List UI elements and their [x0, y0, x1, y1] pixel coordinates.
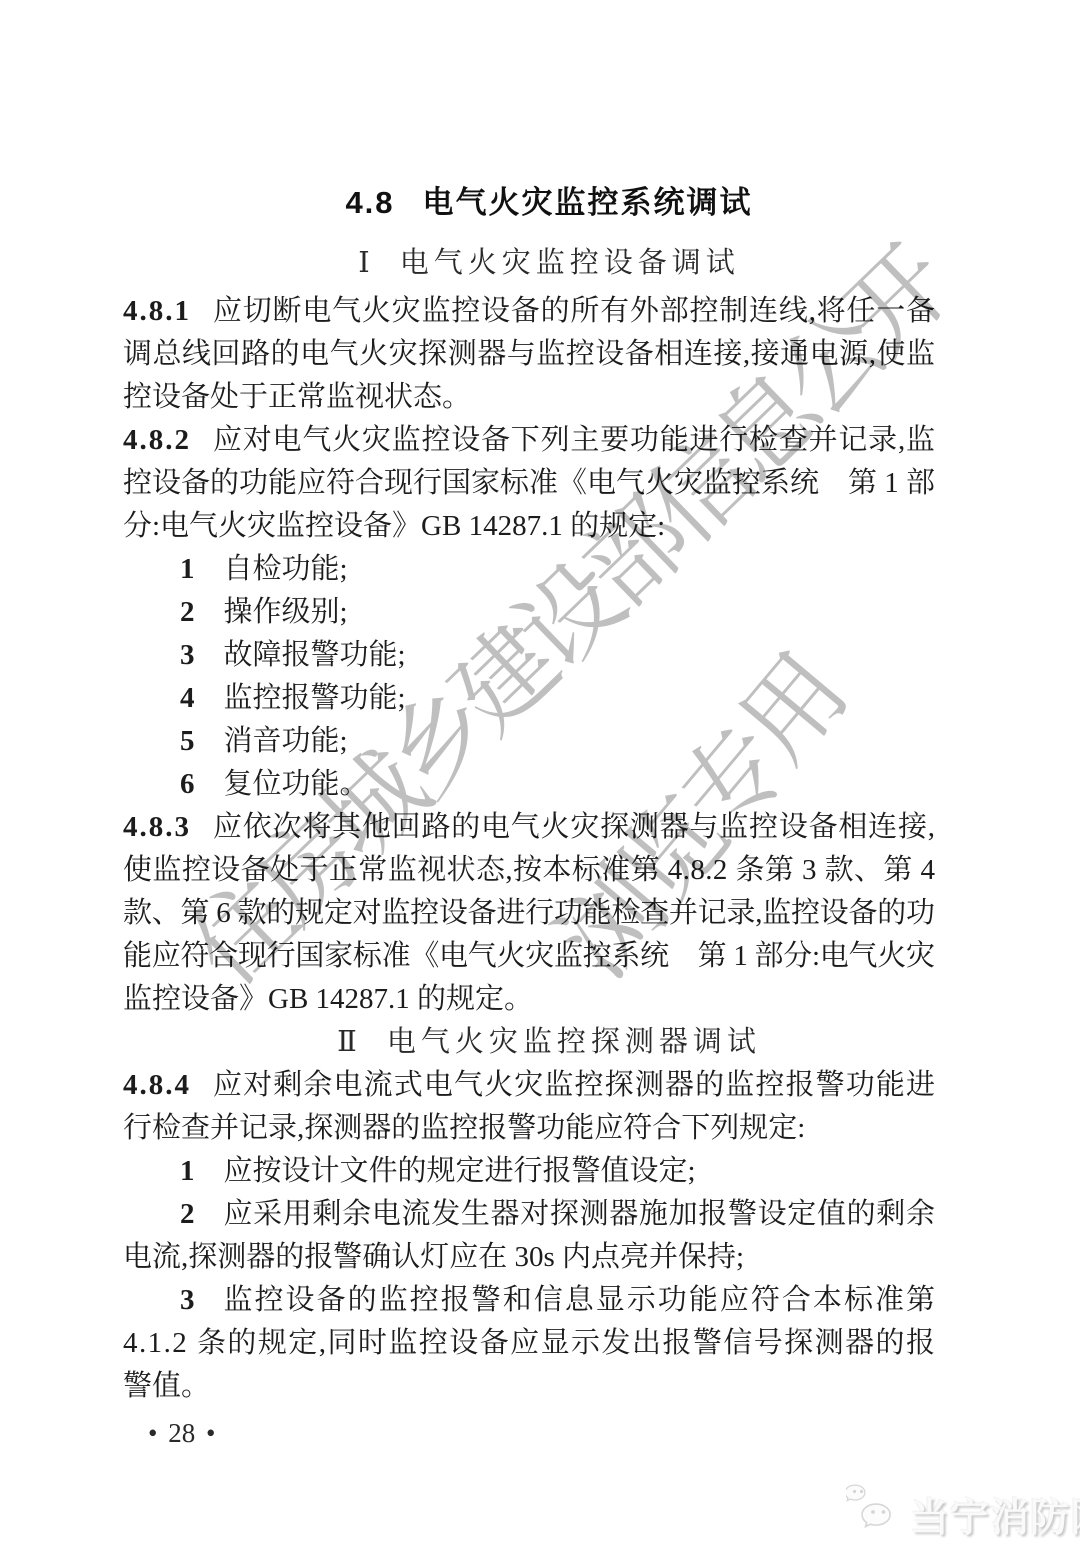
line-text: 应按设计文件的规定进行报警值设定; — [224, 1155, 696, 1187]
clause-line: 调总线回路的电气火灾探测器与监控设备相连接,接通电源,使监 — [123, 333, 935, 376]
clause-line: 4.8.3应依次将其他回路的电气火灾探测器与监控设备相连接, — [123, 806, 935, 849]
line-text: 电流,探测器的报警确认灯应在 30s 内点亮并保持; — [123, 1241, 744, 1273]
clause-line: 款、第 6 款的规定对监控设备进行功能检查并记录,监控设备的功 — [123, 892, 935, 935]
list-item-number: 3 — [180, 639, 197, 671]
clause-number: 4.8.4 — [123, 1069, 191, 1101]
subsection-heading-text: 电气火灾监控设备调试 — [400, 247, 740, 279]
clause-number: 4.8.1 — [123, 295, 191, 327]
list-item-number: 3 — [180, 1284, 197, 1316]
line-text: 操作级别; — [224, 596, 348, 628]
line-text: 行检查并记录,探测器的监控报警功能应符合下列规定: — [123, 1112, 805, 1144]
document-page: 4.8电气火灾监控系统调试Ⅰ电气火灾监控设备调试4.8.1应切断电气火灾监控设备… — [0, 0, 1080, 1566]
list-item-number: 2 — [180, 1198, 197, 1230]
section-title: 4.8电气火灾监控系统调试 — [123, 185, 935, 221]
line-text: 故障报警功能; — [224, 639, 406, 671]
clause-line: 监控设备》GB 14287.1 的规定。 — [123, 978, 935, 1021]
list-item-line: 电流,探测器的报警确认灯应在 30s 内点亮并保持; — [123, 1236, 935, 1279]
list-item-line: 4.1.2 条的规定,同时监控设备应显示发出报警信号探测器的报 — [123, 1322, 935, 1365]
list-item-number: 1 — [180, 553, 197, 585]
line-text: 分:电气火灾监控设备》GB 14287.1 的规定: — [123, 510, 665, 542]
chat-bubbles-icon — [846, 1484, 904, 1545]
list-item-line: 6复位功能。 — [123, 763, 935, 806]
clause-line: 控设备处于正常监视状态。 — [123, 376, 935, 419]
line-text: 调总线回路的电气火灾探测器与监控设备相连接,接通电源,使监 — [123, 338, 935, 370]
line-text: 使监控设备处于正常监视状态,按本标准第 4.8.2 条第 3 款、第 4 — [123, 854, 935, 886]
line-text: 款、第 6 款的规定对监控设备进行功能检查并记录,监控设备的功 — [123, 897, 935, 929]
line-text: 复位功能。 — [224, 768, 369, 800]
clause-line: 4.8.4应对剩余电流式电气火灾监控探测器的监控报警功能进 — [123, 1064, 935, 1107]
clause-number: 4.8.3 — [123, 811, 191, 843]
site-logo: 当宁消防网 — [846, 1484, 1080, 1545]
line-text: 应采用剩余电流发生器对探测器施加报警设定值的剩余 — [224, 1198, 936, 1230]
line-text: 应对电气火灾监控设备下列主要功能进行检查并记录,监 — [213, 424, 935, 456]
list-item-number: 6 — [180, 768, 197, 800]
line-text: 应对剩余电流式电气火灾监控探测器的监控报警功能进 — [213, 1069, 935, 1101]
list-item-number: 5 — [180, 725, 197, 757]
list-item-line: 4监控报警功能; — [123, 677, 935, 720]
list-item-number: 1 — [180, 1155, 197, 1187]
line-text: 应切断电气火灾监控设备的所有外部控制连线,将任一备 — [213, 295, 935, 327]
clause-line: 分:电气火灾监控设备》GB 14287.1 的规定: — [123, 505, 935, 548]
line-text: 4.1.2 条的规定,同时监控设备应显示发出报警信号探测器的报 — [123, 1327, 935, 1359]
clause-number: 4.8.2 — [123, 424, 191, 456]
line-text: 监控报警功能; — [224, 682, 406, 714]
line-text: 能应符合现行国家标准《电气火灾监控系统 第 1 部分:电气火灾 — [123, 940, 935, 972]
subsection-heading-text: 电气火灾监控探测器调试 — [387, 1026, 761, 1058]
line-text: 监控设备》GB 14287.1 的规定。 — [123, 983, 533, 1015]
line-text: 应依次将其他回路的电气火灾探测器与监控设备相连接, — [213, 811, 935, 843]
list-item-line: 5消音功能; — [123, 720, 935, 763]
line-text: 控设备处于正常监视状态。 — [123, 381, 471, 413]
clause-line: 能应符合现行国家标准《电气火灾监控系统 第 1 部分:电气火灾 — [123, 935, 935, 978]
list-item-number: 2 — [180, 596, 197, 628]
clause-line: 4.8.1应切断电气火灾监控设备的所有外部控制连线,将任一备 — [123, 290, 935, 333]
list-item-number: 4 — [180, 682, 197, 714]
clause-line: 使监控设备处于正常监视状态,按本标准第 4.8.2 条第 3 款、第 4 — [123, 849, 935, 892]
line-text: 警值。 — [123, 1370, 210, 1402]
logo-text: 当宁消防网 — [910, 1487, 1080, 1543]
line-text: 控设备的功能应符合现行国家标准《电气火灾监控系统 第 1 部 — [123, 467, 935, 499]
list-item-line: 1应按设计文件的规定进行报警值设定; — [123, 1150, 935, 1193]
subsection-numeral: Ⅱ — [337, 1026, 357, 1058]
line-text: 监控设备的监控报警和信息显示功能应符合本标准第 — [224, 1284, 936, 1316]
document-content: 4.8电气火灾监控系统调试Ⅰ电气火灾监控设备调试4.8.1应切断电气火灾监控设备… — [123, 185, 935, 1408]
subsection-heading: Ⅱ电气火灾监控探测器调试 — [123, 1021, 935, 1064]
subsection-numeral: Ⅰ — [358, 247, 369, 279]
list-item-line: 警值。 — [123, 1365, 935, 1408]
list-item-line: 2应采用剩余电流发生器对探测器施加报警设定值的剩余 — [123, 1193, 935, 1236]
section-title-text: 电气火灾监控系统调试 — [423, 185, 753, 220]
list-item-line: 1自检功能; — [123, 548, 935, 591]
list-item-line: 3故障报警功能; — [123, 634, 935, 677]
subsection-heading: Ⅰ电气火灾监控设备调试 — [123, 245, 935, 281]
line-text: 自检功能; — [224, 553, 348, 585]
clause-line: 行检查并记录,探测器的监控报警功能应符合下列规定: — [123, 1107, 935, 1150]
clause-line: 4.8.2应对电气火灾监控设备下列主要功能进行检查并记录,监 — [123, 419, 935, 462]
list-item-line: 2操作级别; — [123, 591, 935, 634]
page-number: • 28 • — [148, 1418, 215, 1449]
clause-line: 控设备的功能应符合现行国家标准《电气火灾监控系统 第 1 部 — [123, 462, 935, 505]
section-title-number: 4.8 — [345, 185, 394, 220]
list-item-line: 3监控设备的监控报警和信息显示功能应符合本标准第 — [123, 1279, 935, 1322]
line-text: 消音功能; — [224, 725, 348, 757]
